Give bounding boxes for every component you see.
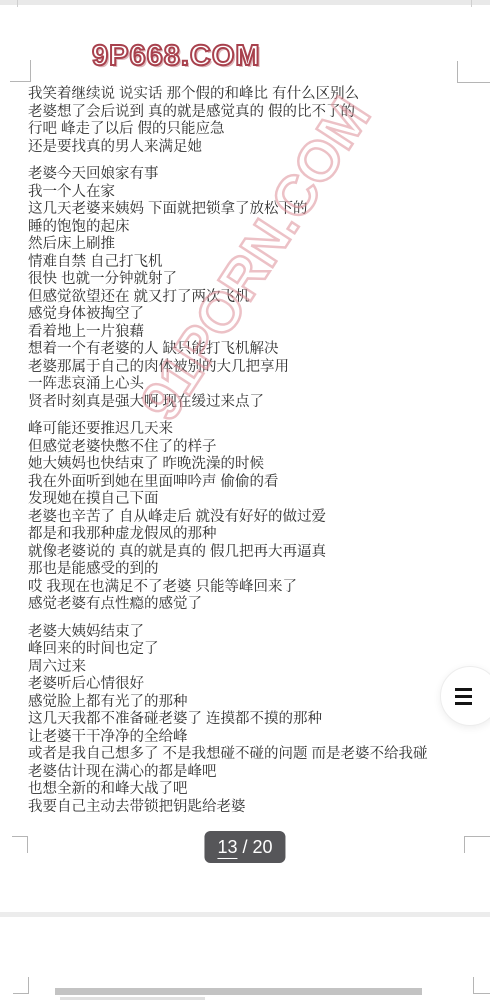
next-page-corner-mark-left (13, 977, 29, 994)
text-line: 想着一个有老婆的人 缺只能打飞机解决 (28, 341, 473, 359)
text-line: 行吧 峰走了以后 假的只能应急 (28, 121, 473, 139)
page-top-separator (0, 0, 490, 5)
hamburger-menu-icon (455, 686, 472, 707)
text-line: 老婆想了会后说到 真的就是感觉真的 假的比不了的 (28, 104, 473, 122)
text-line: 很快 也就一分钟就射了 (28, 271, 473, 289)
text-line: 感觉老婆有点性瘾的感觉了 (28, 596, 473, 614)
corner-mark-bottom-right (464, 836, 490, 853)
corner-mark-top-left (10, 60, 31, 82)
text-line: 老婆大姨妈结束了 (28, 624, 473, 642)
corner-mark-bottom-left (12, 836, 28, 853)
text-line: 然后床上刷推 (28, 236, 473, 254)
text-line: 我要自己主动去带锁把钥匙给老婆 (28, 799, 473, 817)
text-line: 峰可能还要推迟几天来 (28, 421, 473, 439)
paragraph: 老婆今天回娘家有事我一个人在家这几天老婆来姨妈 下面就把锁拿了放松下的睡的饱饱的… (28, 166, 473, 411)
paragraph: 我笑着继续说 说实话 那个假的和峰比 有什么区别么老婆想了会后说到 真的就是感觉… (28, 86, 473, 156)
text-line: 感觉脸上都有光了的那种 (28, 694, 473, 712)
text-line: 贤者时刻真是强大啊 现在缓过来点了 (28, 394, 473, 412)
text-line: 让老婆干干净净的全给峰 (28, 729, 473, 747)
text-line: 我一个人在家 (28, 184, 473, 202)
corner-mark-top-right (457, 61, 490, 83)
text-line: 也想全新的和峰大战了吧 (28, 781, 473, 799)
paragraph: 老婆大姨妈结束了峰回来的时间也定了周六过来老婆听后心情很好感觉脸上都有光了的那种… (28, 624, 473, 817)
text-line: 看着地上一片狼藉 (28, 324, 473, 342)
text-line: 一阵悲哀涌上心头 (28, 376, 473, 394)
pager-separator: / (237, 837, 252, 857)
text-line: 老婆估计现在满心的都是峰吧 (28, 764, 473, 782)
text-line: 情难自禁 自己打飞机 (28, 254, 473, 272)
pager-current[interactable]: 13 (217, 837, 237, 859)
site-watermark: 9P668.COM (92, 40, 261, 73)
text-line: 周六过来 (28, 659, 473, 677)
top-right-crop-tick (471, 0, 472, 7)
text-line: 感觉身体被掏空了 (28, 306, 473, 324)
text-line: 我在外面听到她在里面呻吟声 偷偷的看 (28, 474, 473, 492)
text-line: 还是要找真的男人来满足她 (28, 139, 473, 157)
text-line: 都是和我那种虚龙假凤的那种 (28, 526, 473, 544)
next-page-corner-mark-right (473, 977, 490, 994)
text-line: 老婆听后心情很好 (28, 676, 473, 694)
text-line: 她大姨妈也快结束了 昨晚洗澡的时候 (28, 456, 473, 474)
text-line: 老婆今天回娘家有事 (28, 166, 473, 184)
text-line: 我笑着继续说 说实话 那个假的和峰比 有什么区别么 (28, 86, 473, 104)
text-line: 那也是能感受的到的 (28, 561, 473, 579)
text-line: 老婆那属于自己的肉体被别的大几把享用 (28, 359, 473, 377)
text-line: 这几天老婆来姨妈 下面就把锁拿了放松下的 (28, 201, 473, 219)
text-line: 但感觉老婆快憋不住了的样子 (28, 439, 473, 457)
text-line: 或者是我自己想多了 不是我想碰不碰的问题 而是老婆不给我碰 (28, 746, 473, 764)
text-line: 睡的饱饱的起床 (28, 219, 473, 237)
text-line: 发现她在摸自己下面 (28, 491, 473, 509)
pager-total: 20 (253, 837, 273, 857)
text-line: 哎 我现在也满足不了老婆 只能等峰回来了 (28, 579, 473, 597)
top-left-crop-tick (17, 0, 18, 7)
text-line: 但感觉欲望还在 就又打了两次飞机 (28, 289, 473, 307)
reader-page: { "colors": { "accent_red": "#a8414d", "… (0, 0, 490, 1000)
page-indicator[interactable]: 13 / 20 (204, 831, 285, 863)
page-bottom-separator (0, 912, 490, 917)
text-line: 这几天我都不准备碰老婆了 连摸都不摸的那种 (28, 711, 473, 729)
text-line: 峰回来的时间也定了 (28, 641, 473, 659)
story-text: 我笑着继续说 说实话 那个假的和峰比 有什么区别么老婆想了会后说到 真的就是感觉… (28, 86, 473, 826)
text-line: 老婆也辛苦了 自从峰走后 就没有好好的做过爱 (28, 509, 473, 527)
text-line: 就像老婆说的 真的就是真的 假几把再大再逼真 (28, 544, 473, 562)
next-page-content-bar (55, 988, 422, 995)
paragraph: 峰可能还要推迟几天来但感觉老婆快憋不住了的样子她大姨妈也快结束了 昨晚洗澡的时候… (28, 421, 473, 614)
